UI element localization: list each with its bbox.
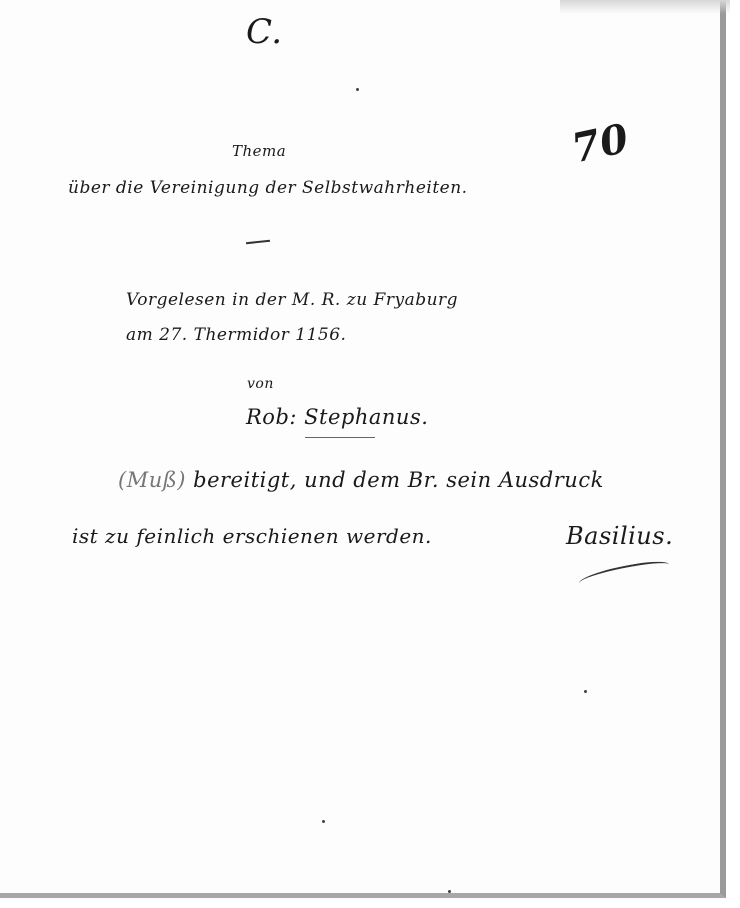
title-line-1: Thema	[232, 142, 286, 160]
annotation-line-1-text: bereitigt, und dem Br. sein Ausdruck	[193, 468, 604, 492]
ink-dot	[448, 890, 451, 893]
annotation-faded-word: (Muß)	[118, 468, 186, 492]
annotation-line-1: (Muß) bereitigt, und dem Br. sein Ausdru…	[118, 468, 604, 492]
read-note-line-2: am 27. Thermidor 1156.	[126, 325, 346, 345]
manuscript-page: C. 70 Thema über die Vereinigung der Sel…	[0, 0, 726, 898]
title-line-2: über die Vereinigung der Selbstwahrheite…	[68, 178, 468, 198]
separator-dash	[246, 240, 270, 244]
section-letter: C.	[246, 12, 283, 52]
author-name: Rob: Stephanus.	[246, 405, 428, 429]
read-note-line-1: Vorgelesen in der M. R. zu Fryaburg	[126, 290, 458, 310]
ink-dot	[322, 820, 325, 823]
by-label: von	[247, 376, 274, 392]
author-underline	[305, 437, 375, 438]
ink-dot	[356, 88, 359, 91]
signature-flourish	[577, 558, 670, 590]
ink-dot	[584, 690, 587, 693]
signature: Basilius.	[566, 522, 673, 550]
annotation-line-2: ist zu feinlich erschienen werden.	[72, 524, 432, 548]
folio-number: 70	[568, 115, 633, 173]
page-edge-shadow	[560, 0, 730, 14]
